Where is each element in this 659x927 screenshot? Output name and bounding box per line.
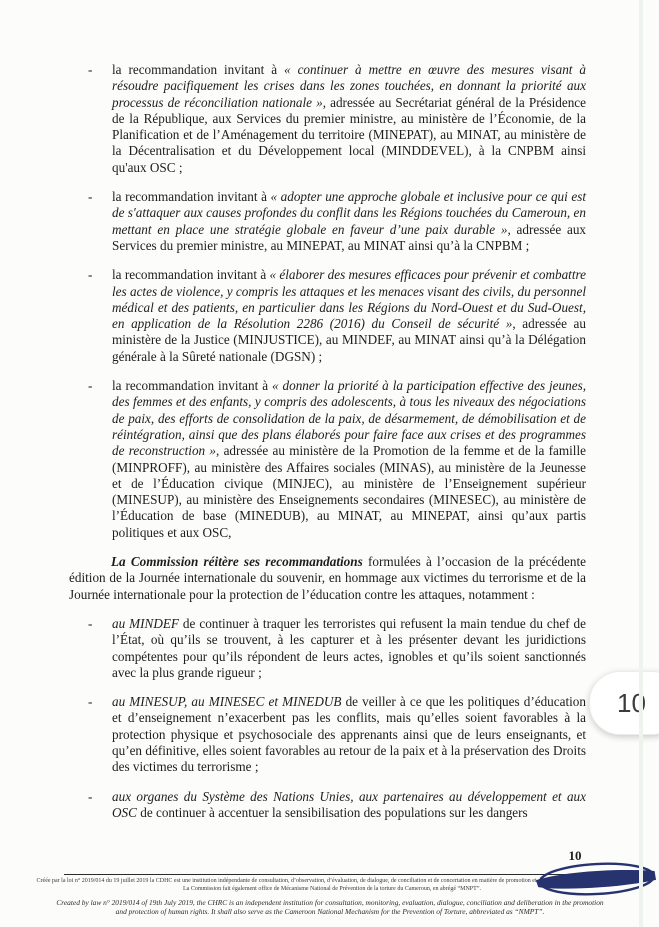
recommendation-text: la recommandation invitant à « continuer… <box>112 62 586 176</box>
bullet-dash: - <box>88 789 112 822</box>
reiterated-item: - au MINESUP, au MINESEC et MINEDUB de v… <box>69 694 586 775</box>
recommendation-item: - la recommandation invitant à « continu… <box>69 62 586 176</box>
bullet-dash: - <box>88 694 112 775</box>
reiterated-items-list: - au MINDEF de continuer à traquer les t… <box>69 616 586 821</box>
recommendations-list: - la recommandation invitant à « continu… <box>69 62 586 541</box>
document-body: - la recommandation invitant à « continu… <box>69 62 586 834</box>
bullet-dash: - <box>88 62 112 176</box>
recommendation-text: la recommandation invitant à « élaborer … <box>112 267 586 365</box>
reiterated-item: - aux organes du Système des Nations Uni… <box>69 789 586 822</box>
bullet-dash: - <box>88 267 112 365</box>
page-indicator-label: 10 <box>590 688 646 719</box>
page-indicator-pill[interactable]: 10 <box>589 671 659 735</box>
footer-divider <box>64 874 612 875</box>
recommendation-item: - la recommandation invitant à « donner … <box>69 378 586 541</box>
text-run-emphasis: au MINESUP, au MINESEC et MINEDUB <box>112 694 341 709</box>
reiterated-item: - au MINDEF de continuer à traquer les t… <box>69 616 586 681</box>
reiterated-item-text: aux organes du Système des Nations Unies… <box>112 789 586 822</box>
reiterated-item-text: au MINESUP, au MINESEC et MINEDUB de vei… <box>112 694 586 775</box>
bullet-dash: - <box>88 378 112 541</box>
text-run-rest: de continuer à traquer les terroristes q… <box>112 616 586 680</box>
commission-paragraph: La Commission réitère ses recommandation… <box>69 554 586 603</box>
footer-note-english: Created by law n° 2019/014 of 19th July … <box>50 898 610 917</box>
bullet-dash: - <box>88 616 112 681</box>
document-page: - la recommandation invitant à « continu… <box>0 0 659 927</box>
text-run-emphasis: au MINDEF <box>112 616 179 631</box>
recommendation-text: la recommandation invitant à « adopter u… <box>112 189 586 254</box>
recommendation-text: la recommandation invitant à « donner la… <box>112 378 586 541</box>
reiterated-item-text: au MINDEF de continuer à traquer les ter… <box>112 616 586 681</box>
bullet-dash: - <box>88 189 112 254</box>
text-run-lead: la recommandation invitant à <box>112 189 270 204</box>
text-run-lead: la recommandation invitant à <box>112 62 284 77</box>
text-run-rest: de continuer à accentuer la sensibilisat… <box>137 805 528 820</box>
scan-edge-shadow <box>639 0 643 927</box>
recommendation-item: - la recommandation invitant à « élabore… <box>69 267 586 365</box>
text-run-lead: la recommandation invitant à <box>112 267 270 282</box>
text-run-lead: la recommandation invitant à <box>112 378 272 393</box>
recommendation-item: - la recommandation invitant à « adopter… <box>69 189 586 254</box>
text-run-emphasis: La Commission réitère ses recommandation… <box>111 554 363 569</box>
